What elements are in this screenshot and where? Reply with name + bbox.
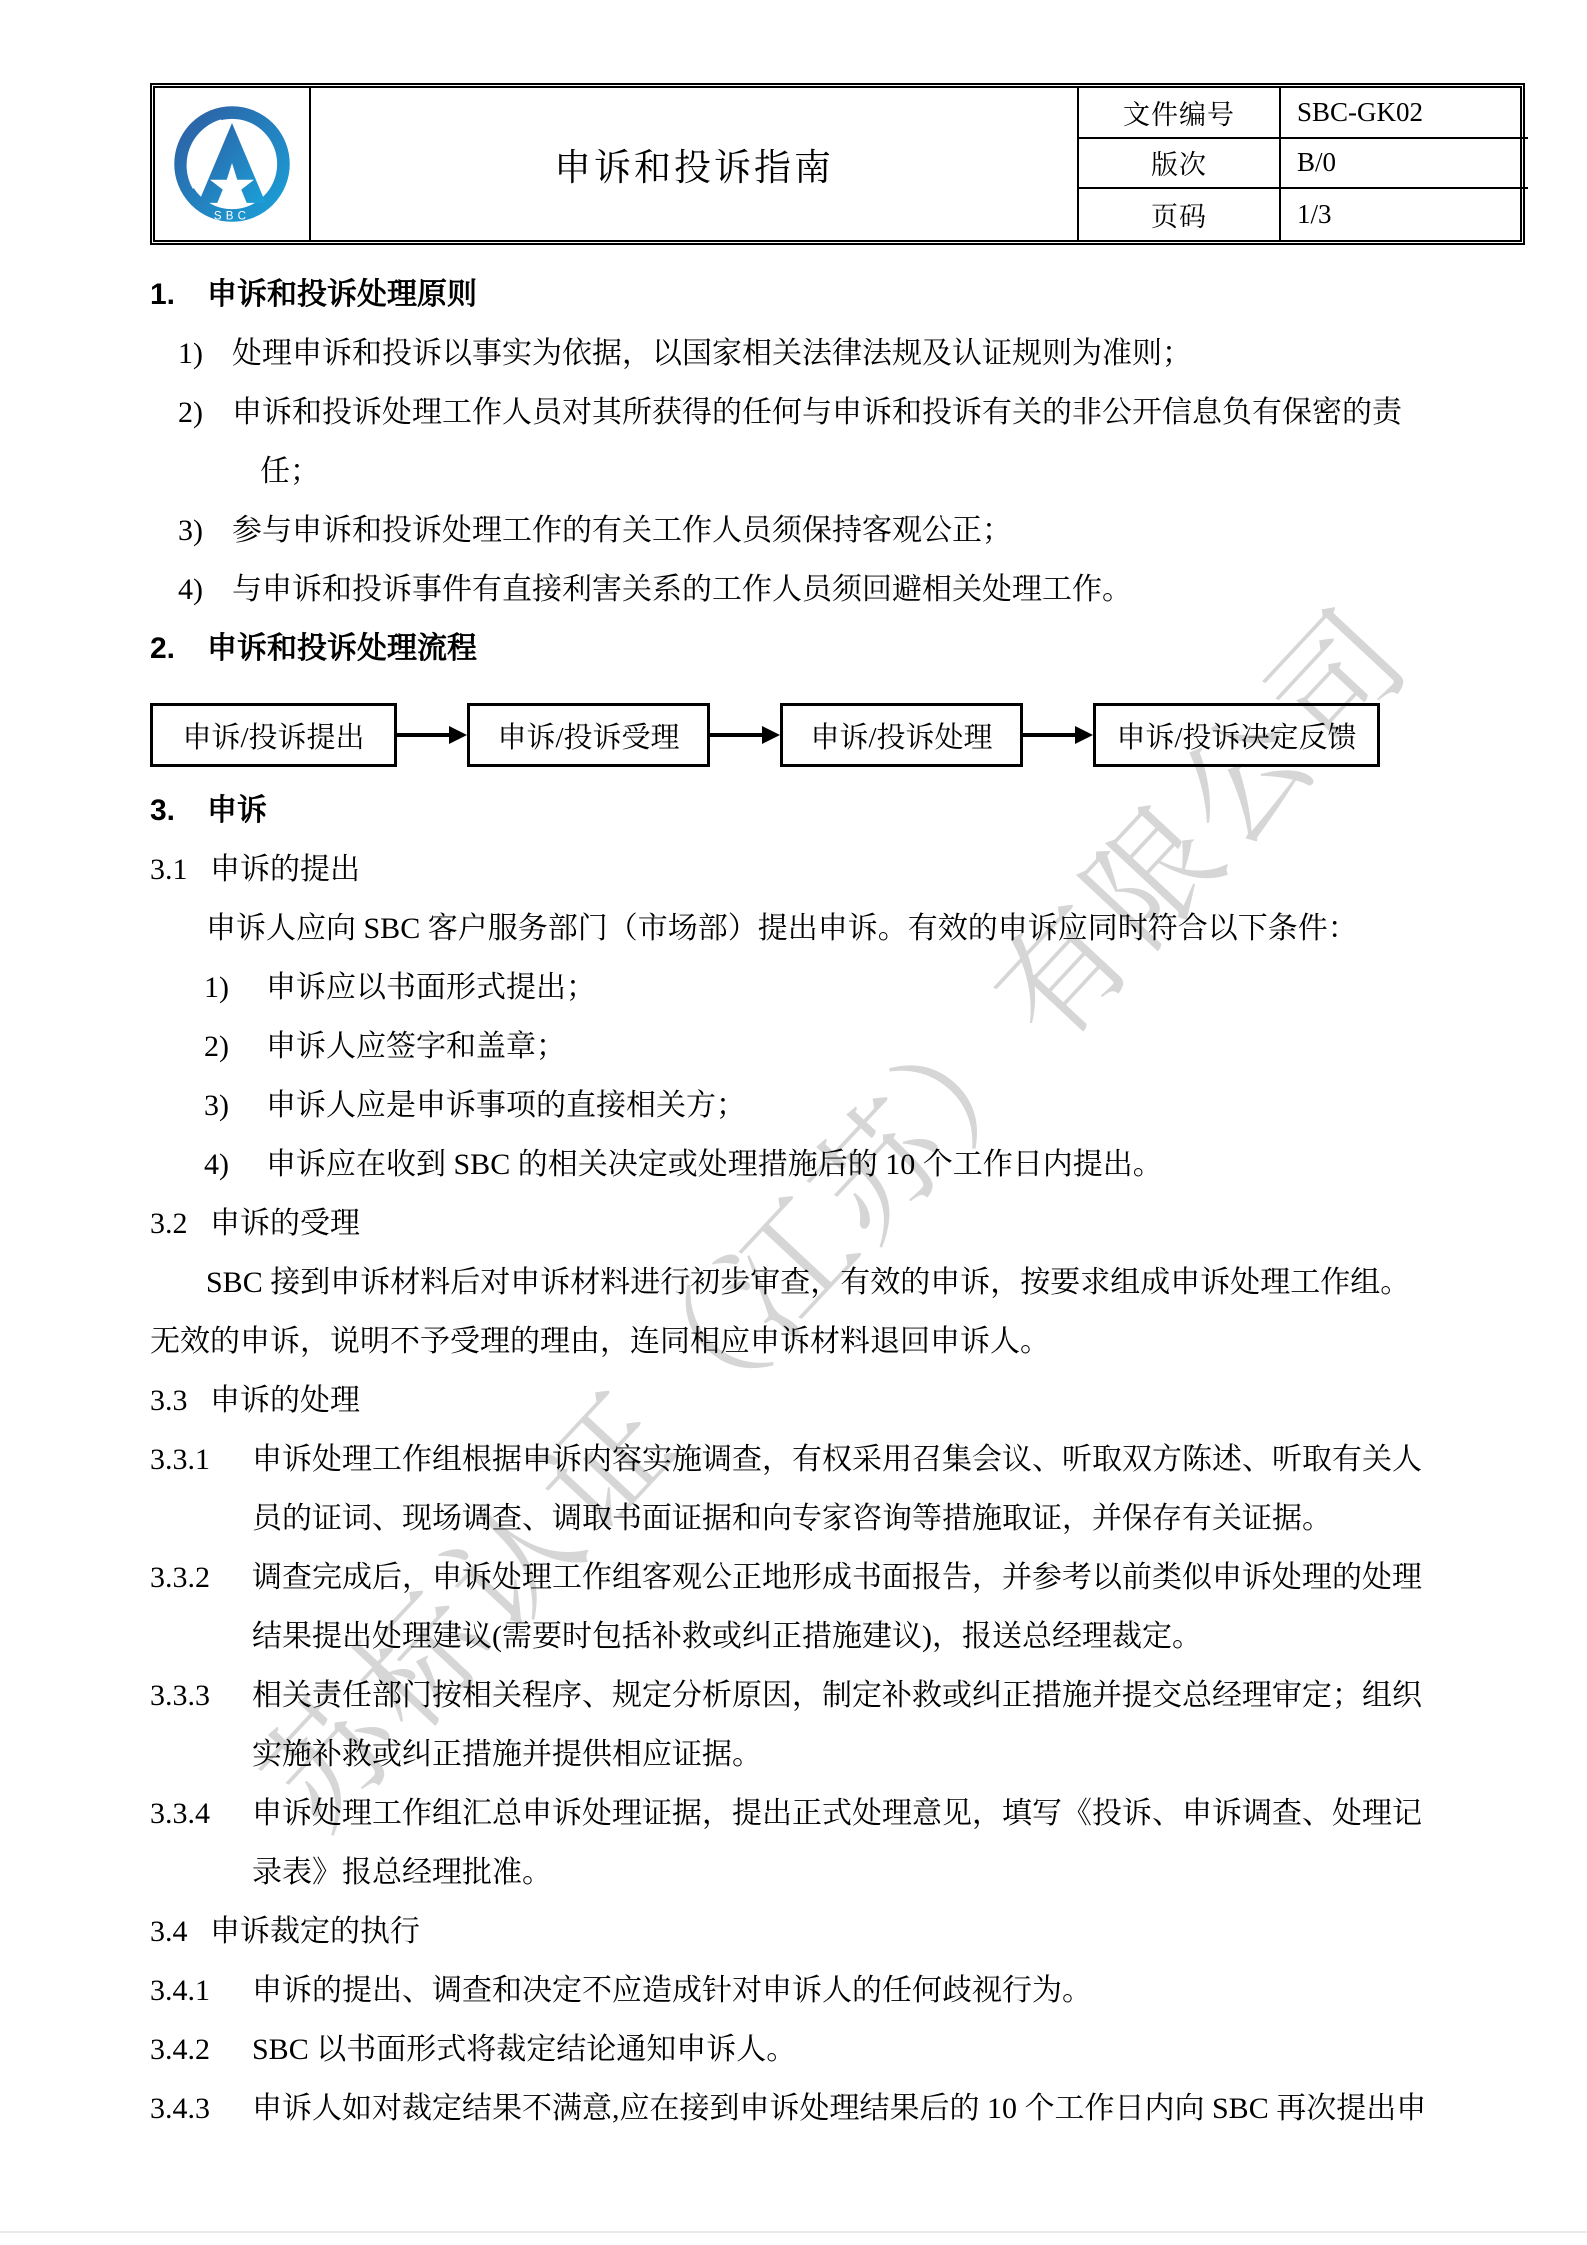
line-text: 申诉人应向 SBC 客户服务部门（市场部）提出申诉。有效的申诉应同时符合以下条件… bbox=[206, 912, 1358, 945]
flow-step-label: 申诉/投诉处理 bbox=[810, 715, 992, 756]
field-label-doc-number: 文件编号 bbox=[1079, 88, 1281, 139]
doc-line: 3.4.2SBC 以书面形式将裁定结论通知申诉人。 bbox=[150, 2020, 1525, 2079]
doc-line: 1)处理申诉和投诉以事实为依据，以国家相关法律法规及认证规则为准则； bbox=[150, 324, 1525, 383]
line-text: 申诉人应签字和盖章； bbox=[266, 1030, 566, 1063]
arrow-head bbox=[1075, 726, 1093, 744]
flowchart: 申诉/投诉提出申诉/投诉受理申诉/投诉处理申诉/投诉决定反馈 bbox=[150, 703, 1525, 767]
doc-line: 4)申诉应在收到 SBC 的相关决定或处理措施后的 10 个工作日内提出。 bbox=[150, 1135, 1525, 1194]
flow-step-label: 申诉/投诉受理 bbox=[497, 715, 679, 756]
doc-line: 4)与申诉和投诉事件有直接利害关系的工作人员须回避相关处理工作。 bbox=[150, 560, 1525, 619]
line-number: 3.3.3 bbox=[150, 1666, 252, 1725]
doc-line: 3.3.1申诉处理工作组根据申诉内容实施调查，有权采用召集会议、听取双方陈述、听… bbox=[150, 1430, 1525, 1489]
line-text: 实施补救或纠正措施并提供相应证据。 bbox=[252, 1738, 762, 1771]
line-number: 1) bbox=[178, 324, 232, 383]
line-text: 申诉应以书面形式提出； bbox=[266, 971, 596, 1004]
doc-line: 3.3.4申诉处理工作组汇总申诉处理证据，提出正式处理意见，填写《投诉、申诉调查… bbox=[150, 1784, 1525, 1843]
line-number: 3.3.4 bbox=[150, 1784, 252, 1843]
doc-line: 2)申诉和投诉处理工作人员对其所获得的任何与申诉和投诉有关的非公开信息负有保密的… bbox=[150, 383, 1525, 442]
line-text: 申诉 bbox=[207, 794, 267, 827]
header-table: SBC 申诉和投诉指南 文件编号 SBC-GK02 版次 B/0 页码 1/3 bbox=[150, 83, 1525, 245]
line-text: 申诉人如对裁定结果不满意,应在接到申诉处理结果后的 10 个工作日内向 SBC … bbox=[252, 2092, 1426, 2125]
doc-line: 任； bbox=[150, 442, 1525, 501]
flow-arrow-icon bbox=[710, 726, 780, 744]
line-text: SBC 接到申诉材料后对申诉材料进行初步审查，有效的申诉，按要求组成申诉处理工作… bbox=[206, 1266, 1410, 1299]
doc-line: 2.申诉和投诉处理流程 bbox=[150, 619, 1525, 678]
line-number: 3.4.3 bbox=[150, 2079, 252, 2138]
line-number: 1. bbox=[150, 265, 207, 324]
doc-line: 员的证词、现场调查、调取书面证据和向专家咨询等措施取证，并保存有关证据。 bbox=[150, 1489, 1525, 1548]
company-logo-icon: SBC bbox=[169, 102, 295, 226]
arrow-head bbox=[449, 726, 467, 744]
line-text: 申诉应在收到 SBC 的相关决定或处理措施后的 10 个工作日内提出。 bbox=[266, 1148, 1163, 1181]
line-text: 申诉的处理 bbox=[210, 1384, 360, 1417]
flow-arrow-icon bbox=[1023, 726, 1093, 744]
field-label-version: 版次 bbox=[1079, 139, 1281, 190]
line-number: 2) bbox=[204, 1017, 266, 1076]
doc-line: 3)申诉人应是申诉事项的直接相关方； bbox=[150, 1076, 1525, 1135]
line-text: 申诉裁定的执行 bbox=[210, 1915, 420, 1948]
line-text: 申诉处理工作组汇总申诉处理证据，提出正式处理意见，填写《投诉、申诉调查、处理记 bbox=[252, 1797, 1422, 1830]
doc-line: 3.4.3申诉人如对裁定结果不满意,应在接到申诉处理结果后的 10 个工作日内向… bbox=[150, 2079, 1525, 2138]
document-sheet: SBC 申诉和投诉指南 文件编号 SBC-GK02 版次 B/0 页码 1/3 … bbox=[0, 0, 1587, 2138]
field-value-version: B/0 bbox=[1281, 139, 1528, 190]
flow-step-label: 申诉/投诉提出 bbox=[182, 715, 364, 756]
flow-step-label: 申诉/投诉决定反馈 bbox=[1116, 715, 1356, 756]
doc-line: 3.2申诉的受理 bbox=[150, 1194, 1525, 1253]
line-text: 申诉的提出 bbox=[210, 853, 360, 886]
document-title: 申诉和投诉指南 bbox=[311, 88, 1079, 240]
line-number: 3.1 bbox=[150, 840, 210, 899]
doc-line: 3.申诉 bbox=[150, 781, 1525, 840]
field-value-doc-number: SBC-GK02 bbox=[1281, 88, 1528, 139]
line-text: 结果提出处理建议(需要时包括补救或纠正措施建议)，报送总经理裁定。 bbox=[252, 1620, 1202, 1653]
line-number: 2. bbox=[150, 619, 207, 678]
doc-line: 2)申诉人应签字和盖章； bbox=[150, 1017, 1525, 1076]
doc-line: 申诉人应向 SBC 客户服务部门（市场部）提出申诉。有效的申诉应同时符合以下条件… bbox=[150, 899, 1525, 958]
line-number: 2) bbox=[178, 383, 232, 442]
line-number: 1) bbox=[204, 958, 266, 1017]
line-number: 3.3.2 bbox=[150, 1548, 252, 1607]
arrow-shaft bbox=[710, 733, 762, 737]
line-text: 申诉处理工作组根据申诉内容实施调查，有权采用召集会议、听取双方陈述、听取有关人 bbox=[252, 1443, 1422, 1476]
line-number: 3. bbox=[150, 781, 207, 840]
doc-line: 3.1申诉的提出 bbox=[150, 840, 1525, 899]
line-text: 申诉的提出、调查和决定不应造成针对申诉人的任何歧视行为。 bbox=[252, 1974, 1092, 2007]
line-text: SBC 以书面形式将裁定结论通知申诉人。 bbox=[252, 2033, 796, 2066]
doc-line: 3.3申诉的处理 bbox=[150, 1371, 1525, 1430]
line-text: 相关责任部门按相关程序、规定分析原因，制定补救或纠正措施并提交总经理审定；组织 bbox=[252, 1679, 1422, 1712]
line-text: 申诉和投诉处理流程 bbox=[207, 632, 477, 665]
doc-line: 结果提出处理建议(需要时包括补救或纠正措施建议)，报送总经理裁定。 bbox=[150, 1607, 1525, 1666]
line-text: 任； bbox=[260, 455, 320, 488]
doc-line: 1)申诉应以书面形式提出； bbox=[150, 958, 1525, 1017]
line-text: 申诉的受理 bbox=[210, 1207, 360, 1240]
doc-line: 3.4.1申诉的提出、调查和决定不应造成针对申诉人的任何歧视行为。 bbox=[150, 1961, 1525, 2020]
line-text: 员的证词、现场调查、调取书面证据和向专家咨询等措施取证，并保存有关证据。 bbox=[252, 1502, 1332, 1535]
line-number: 3.4 bbox=[150, 1902, 210, 1961]
line-number: 3.3.1 bbox=[150, 1430, 252, 1489]
page-bottom-divider bbox=[0, 2231, 1587, 2233]
flow-arrow-icon bbox=[397, 726, 467, 744]
line-number: 3.4.1 bbox=[150, 1961, 252, 2020]
arrow-head bbox=[762, 726, 780, 744]
line-number: 3.2 bbox=[150, 1194, 210, 1253]
doc-line: SBC 接到申诉材料后对申诉材料进行初步审查，有效的申诉，按要求组成申诉处理工作… bbox=[150, 1253, 1525, 1312]
doc-line: 无效的申诉，说明不予受理的理由，连同相应申诉材料退回申诉人。 bbox=[150, 1312, 1525, 1371]
document-body: 1.申诉和投诉处理原则1)处理申诉和投诉以事实为依据，以国家相关法律法规及认证规… bbox=[150, 265, 1525, 2138]
logo-text: SBC bbox=[214, 211, 250, 223]
doc-line: 3.4申诉裁定的执行 bbox=[150, 1902, 1525, 1961]
doc-line: 录表》报总经理批准。 bbox=[150, 1843, 1525, 1902]
doc-line: 1.申诉和投诉处理原则 bbox=[150, 265, 1525, 324]
doc-line: 3.3.2调查完成后，申诉处理工作组客观公正地形成书面报告，并参考以前类似申诉处… bbox=[150, 1548, 1525, 1607]
line-number: 3.4.2 bbox=[150, 2020, 252, 2079]
line-number: 3) bbox=[178, 501, 232, 560]
doc-line: 实施补救或纠正措施并提供相应证据。 bbox=[150, 1725, 1525, 1784]
arrow-shaft bbox=[1023, 733, 1075, 737]
line-text: 申诉和投诉处理原则 bbox=[207, 278, 477, 311]
arrow-shaft bbox=[397, 733, 449, 737]
document-page: 苏标认证（江苏）有限公司 SBC 申诉和 bbox=[0, 0, 1587, 2245]
flow-step-box: 申诉/投诉提出 bbox=[150, 703, 397, 767]
line-text: 与申诉和投诉事件有直接利害关系的工作人员须回避相关处理工作。 bbox=[232, 573, 1132, 606]
field-value-page: 1/3 bbox=[1281, 189, 1528, 240]
doc-line: 3)参与申诉和投诉处理工作的有关工作人员须保持客观公正； bbox=[150, 501, 1525, 560]
doc-line: 3.3.3相关责任部门按相关程序、规定分析原因，制定补救或纠正措施并提交总经理审… bbox=[150, 1666, 1525, 1725]
line-text: 申诉和投诉处理工作人员对其所获得的任何与申诉和投诉有关的非公开信息负有保密的责 bbox=[232, 396, 1402, 429]
line-text: 处理申诉和投诉以事实为依据，以国家相关法律法规及认证规则为准则； bbox=[232, 337, 1192, 370]
line-number: 3.3 bbox=[150, 1371, 210, 1430]
flow-step-box: 申诉/投诉决定反馈 bbox=[1093, 703, 1380, 767]
flow-step-box: 申诉/投诉受理 bbox=[467, 703, 710, 767]
line-text: 参与申诉和投诉处理工作的有关工作人员须保持客观公正； bbox=[232, 514, 1012, 547]
line-text: 无效的申诉，说明不予受理的理由，连同相应申诉材料退回申诉人。 bbox=[150, 1325, 1050, 1358]
logo-cell: SBC bbox=[155, 88, 311, 240]
line-text: 录表》报总经理批准。 bbox=[252, 1856, 552, 1889]
line-text: 调查完成后，申诉处理工作组客观公正地形成书面报告，并参考以前类似申诉处理的处理 bbox=[252, 1561, 1422, 1594]
flow-step-box: 申诉/投诉处理 bbox=[780, 703, 1023, 767]
line-number: 4) bbox=[178, 560, 232, 619]
field-label-page: 页码 bbox=[1079, 189, 1281, 240]
line-number: 4) bbox=[204, 1135, 266, 1194]
line-number: 3) bbox=[204, 1076, 266, 1135]
line-text: 申诉人应是申诉事项的直接相关方； bbox=[266, 1089, 746, 1122]
